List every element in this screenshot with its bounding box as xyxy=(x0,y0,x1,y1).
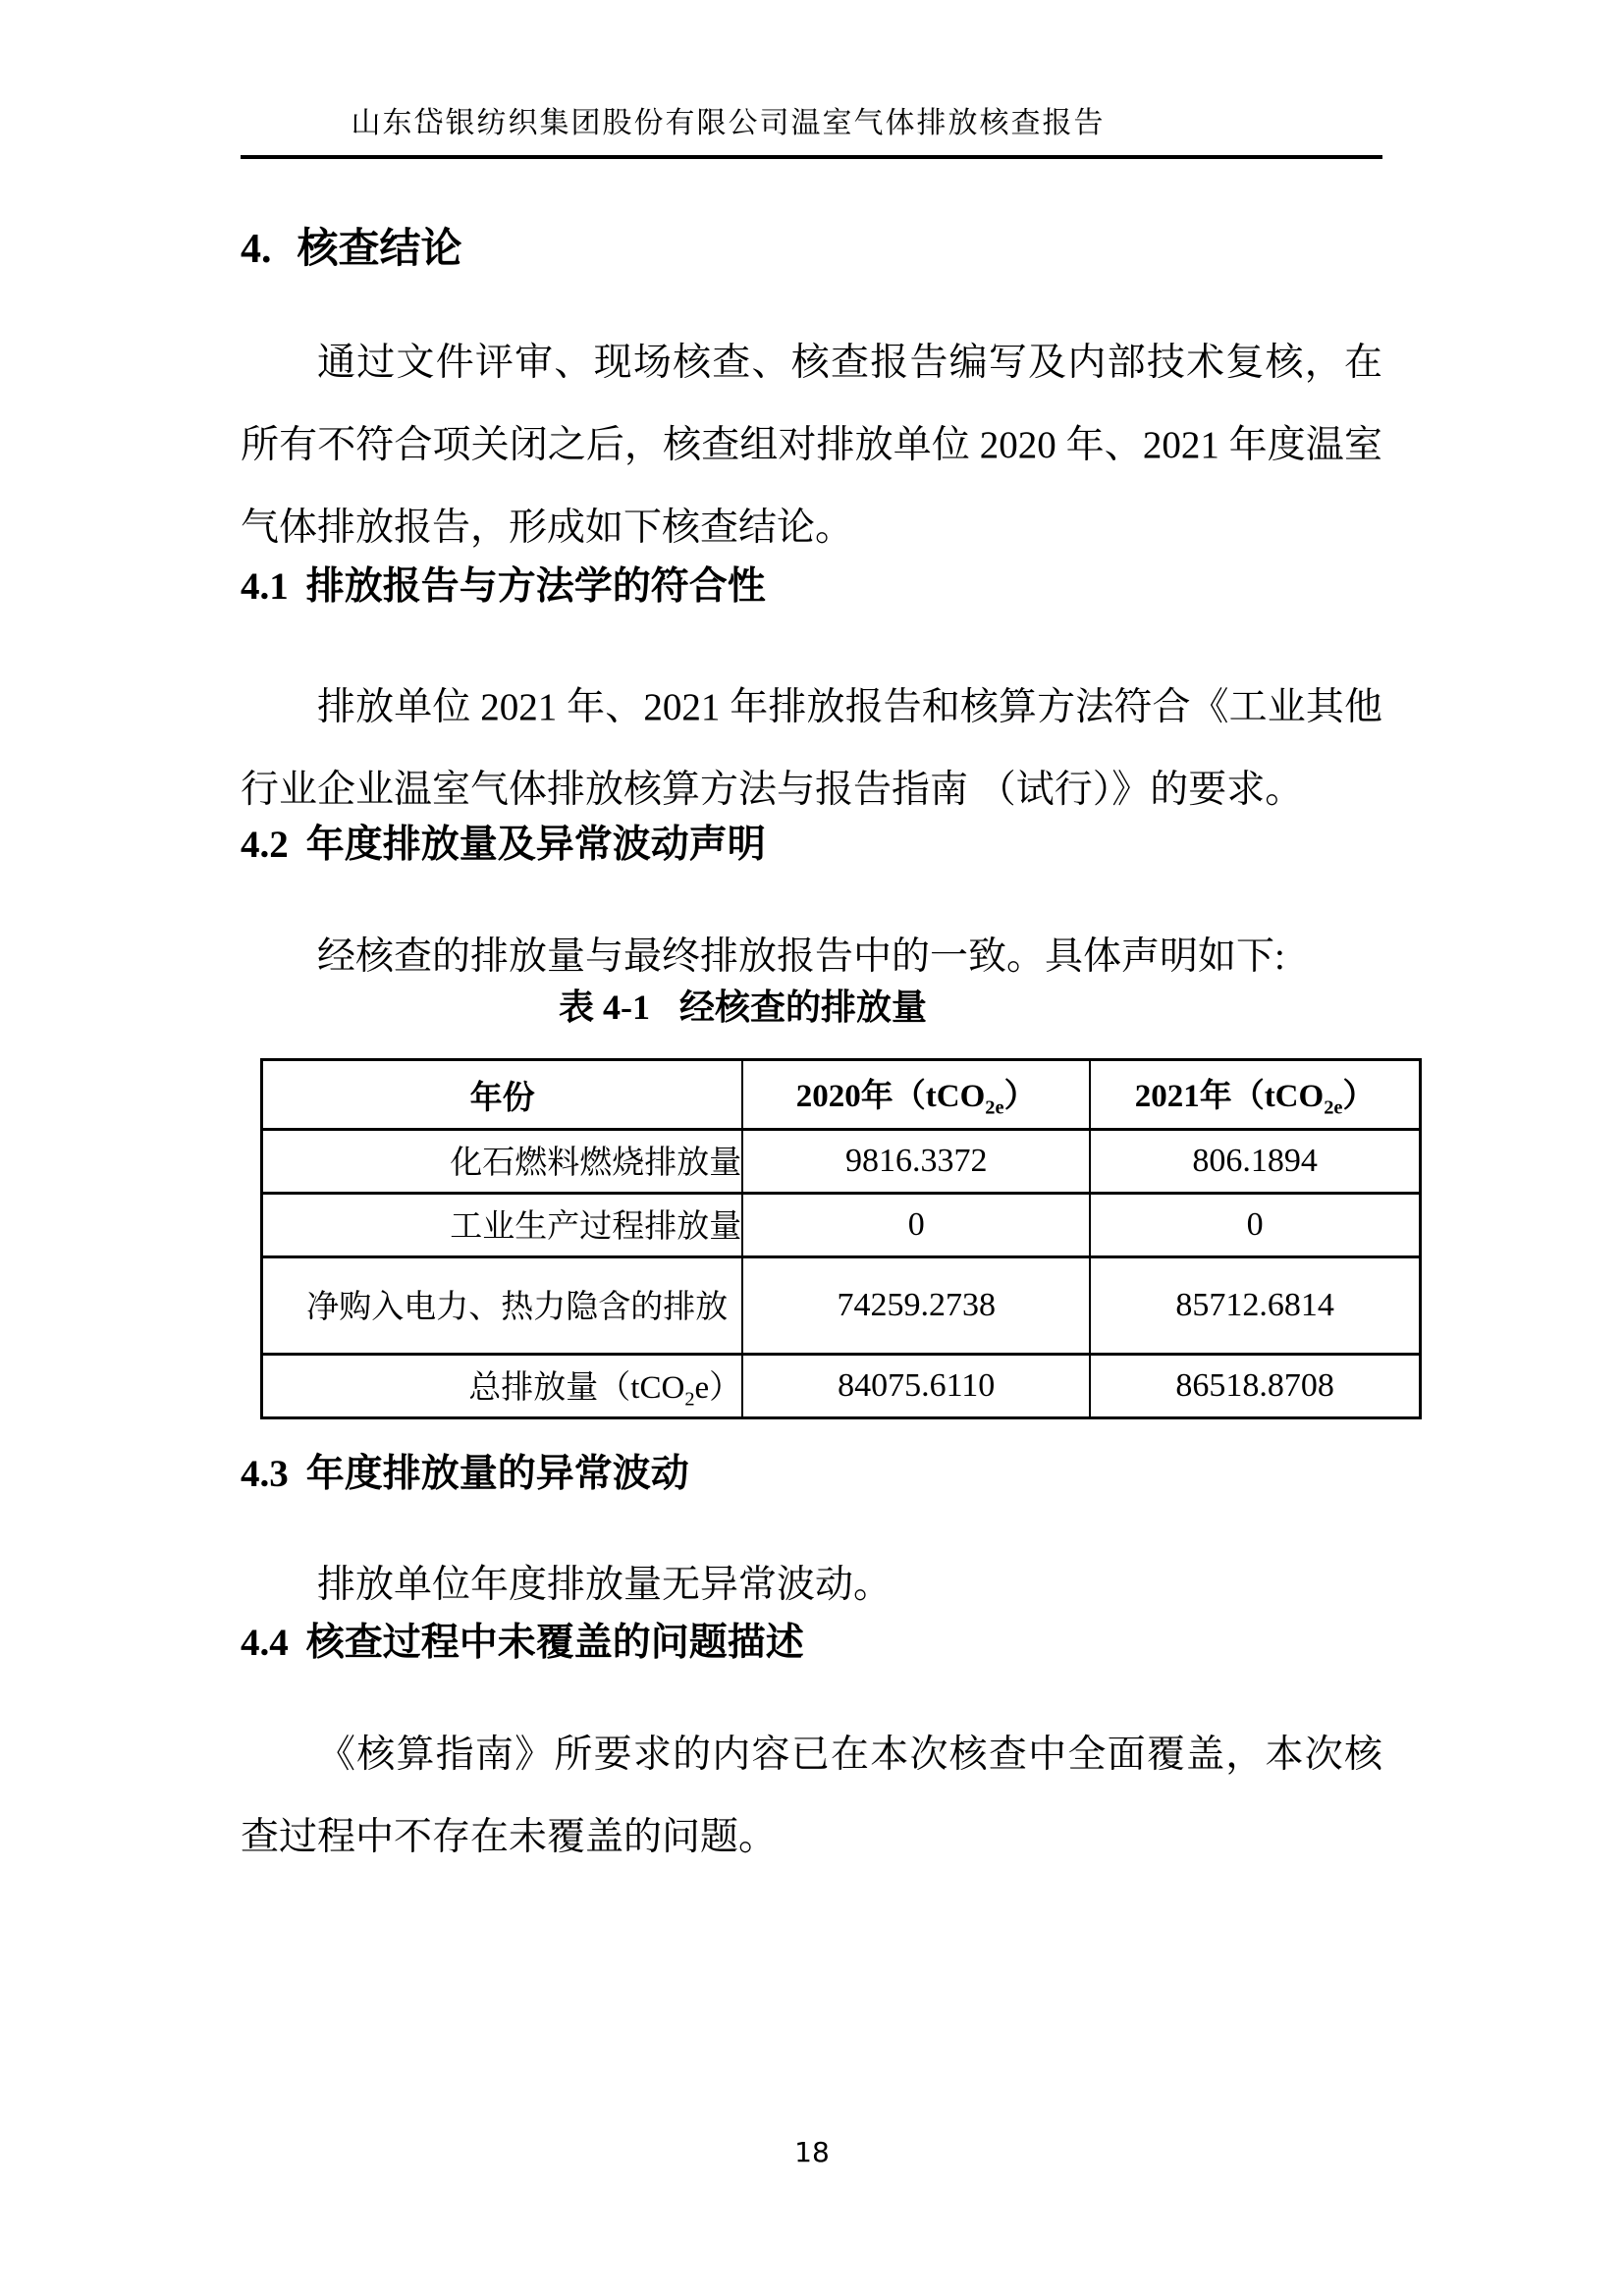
document-page: 山东岱银纺织集团股份有限公司温室气体排放核查报告 4.核查结论 通过文件评审、现… xyxy=(0,0,1624,2296)
value-2020: 74259.2738 xyxy=(742,1257,1090,1355)
row-label: 净购入电力、热力隐含的排放 xyxy=(262,1257,743,1355)
value-2020: 84075.6110 xyxy=(742,1355,1090,1418)
value-2021: 0 xyxy=(1090,1194,1420,1257)
row-label: 化石燃料燃烧排放量 xyxy=(262,1130,743,1194)
section-heading-4-3: 4.3年度排放量的异常波动 xyxy=(241,1443,1382,1498)
page-number: 18 xyxy=(0,2136,1624,2168)
table-caption-title: 经核查的排放量 xyxy=(679,988,927,1027)
value-2020: 9816.3372 xyxy=(742,1130,1090,1194)
table-row: 总排放量（tCO2e） 84075.6110 86518.8708 xyxy=(262,1355,1421,1418)
running-header: 山东岱银纺织集团股份有限公司温室气体排放核查报告 xyxy=(241,98,1382,159)
verified-emissions-table-wrap: 年份 2020年（tCO2e） 2021年（tCO2e） 化石燃料燃烧排放量 9… xyxy=(260,1058,1422,1419)
running-header-title: 山东岱银纺织集团股份有限公司温室气体排放核查报告 xyxy=(352,98,1106,141)
table-row: 工业生产过程排放量 0 0 xyxy=(262,1194,1421,1257)
section-heading-4-4: 4.4核查过程中未覆盖的问题描述 xyxy=(241,1612,1382,1667)
section-heading-4-2: 4.2年度排放量及异常波动声明 xyxy=(241,814,1382,869)
table-row: 净购入电力、热力隐含的排放 74259.2738 85712.6814 xyxy=(262,1257,1421,1355)
section-number: 4.1 xyxy=(241,565,289,608)
section-title: 核查结论 xyxy=(298,227,462,272)
table-row: 化石燃料燃烧排放量 9816.3372 806.1894 xyxy=(262,1130,1421,1194)
col-header-2020: 2020年（tCO2e） xyxy=(742,1060,1090,1130)
value-2020: 0 xyxy=(742,1194,1090,1257)
verified-emissions-table: 年份 2020年（tCO2e） 2021年（tCO2e） 化石燃料燃烧排放量 9… xyxy=(260,1058,1422,1419)
paragraph-conclusion-intro: 通过文件评审、现场核查、核查报告编写及内部技术复核，在所有不符合项关闭之后，核查… xyxy=(241,322,1382,569)
section-title: 核查过程中未覆盖的问题描述 xyxy=(306,1622,804,1664)
section-number: 4. xyxy=(241,227,272,272)
col-header-year: 年份 xyxy=(262,1060,743,1130)
row-label: 总排放量（tCO2e） xyxy=(262,1355,743,1418)
section-title: 年度排放量及异常波动声明 xyxy=(306,824,766,866)
section-title: 年度排放量的异常波动 xyxy=(306,1453,689,1495)
col-header-2021: 2021年（tCO2e） xyxy=(1090,1060,1420,1130)
value-2021: 85712.6814 xyxy=(1090,1257,1420,1355)
section-heading-4-1: 4.1排放报告与方法学的符合性 xyxy=(241,556,1382,611)
section-number: 4.3 xyxy=(241,1453,289,1495)
value-2021: 806.1894 xyxy=(1090,1130,1420,1194)
value-2021: 86518.8708 xyxy=(1090,1355,1420,1418)
table-caption-label: 表 4-1 xyxy=(559,988,650,1027)
section-heading-4: 4.核查结论 xyxy=(241,216,1382,275)
row-label: 工业生产过程排放量 xyxy=(262,1194,743,1257)
section-title: 排放报告与方法学的符合性 xyxy=(306,565,766,608)
section-number: 4.4 xyxy=(241,1622,289,1664)
paragraph-uncovered-issues: 《核算指南》所要求的内容已在本次核查中全面覆盖，本次核查过程中不存在未覆盖的问题… xyxy=(241,1714,1382,1879)
section-number: 4.2 xyxy=(241,824,289,866)
table-header-row: 年份 2020年（tCO2e） 2021年（tCO2e） xyxy=(262,1060,1421,1130)
paragraph-methodology-compliance: 排放单位 2021 年、2021 年排放报告和核算方法符合《工业其他行业企业温室… xyxy=(241,667,1382,831)
table-caption: 表 4-1经核查的排放量 xyxy=(241,980,1382,1030)
